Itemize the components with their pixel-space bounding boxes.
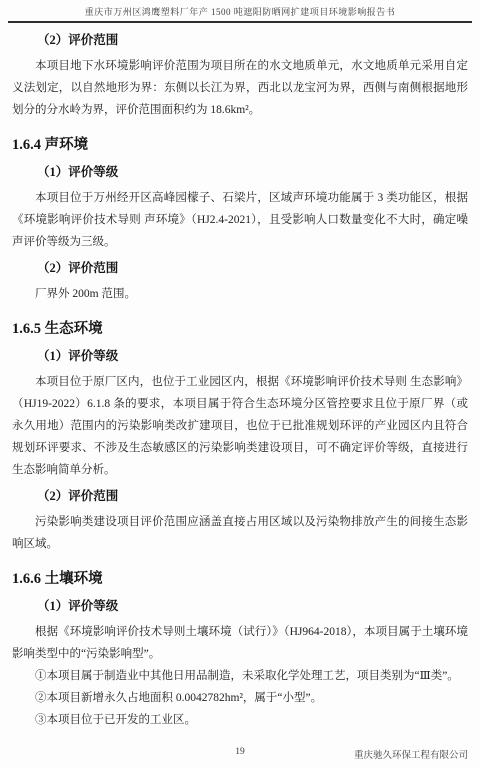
numbered-item-3: ③本项目位于已开发的工业区。 (12, 709, 468, 731)
numbered-item-1: ①本项目属于制造业中其他日用品制造，未采取化学处理工艺，项目类别为“Ⅲ类”。 (12, 665, 468, 687)
paragraph-noise-level: 本项目位于万州经开区高峰园檬子、石梁片，区域声环境功能属于 3 类功能区，根据《… (12, 187, 468, 253)
header-title: 重庆市万州区鸿鹰塑料厂年产 1500 吨遮阳防晒网扩建项目环境影响报告书 (8, 5, 472, 18)
paragraph-soil-level: 根据《环境影响评价技术导则土壤环境（试行）》（HJ964-2018），本项目属于… (12, 621, 468, 665)
numbered-item-2: ②本项目新增永久占地面积 0.0042782hm²，属于“小型”。 (12, 687, 468, 709)
paragraph-ecology-scope: 污染影响类建设项目评价范围应涵盖直接占用区域以及污染物排放产生的间接生态影响区域… (12, 511, 468, 555)
heading-1-6-6-soil: 1.6.6 土壤环境 (12, 567, 468, 591)
heading-1-6-5-ecology: 1.6.5 生态环境 (12, 317, 468, 341)
subsection-heading-soil-level: （1）评价等级 (12, 595, 468, 617)
paragraph-noise-scope: 厂界外 200m 范围。 (12, 283, 468, 305)
document-body: （2）评价范围 本项目地下水环境影响评价范围为项目所在的水文地质单元，水文地质单… (0, 23, 480, 731)
heading-1-6-4-noise: 1.6.4 声环境 (12, 133, 468, 157)
subsection-heading-noise-level: （1）评价等级 (12, 161, 468, 183)
paragraph-groundwater-scope: 本项目地下水环境影响评价范围为项目所在的水文地质单元，水文地质单元采用自定义法划… (12, 55, 468, 121)
page-header: 重庆市万州区鸿鹰塑料厂年产 1500 吨遮阳防晒网扩建项目环境影响报告书 (8, 0, 472, 23)
paragraph-ecology-level: 本项目位于原厂区内，也位于工业园区内，根据《环境影响评价技术导则 生态影响》（H… (12, 371, 468, 481)
subsection-heading-ecology-scope: （2）评价范围 (12, 485, 468, 507)
page-footer: 19 重庆驰久环保工程有限公司 (12, 747, 468, 761)
document-page: 重庆市万州区鸿鹰塑料厂年产 1500 吨遮阳防晒网扩建项目环境影响报告书 （2）… (0, 0, 480, 767)
footer-company-name: 重庆驰久环保工程有限公司 (354, 747, 468, 761)
subsection-heading-scope-groundwater: （2）评价范围 (12, 29, 468, 51)
subsection-heading-noise-scope: （2）评价范围 (12, 257, 468, 279)
subsection-heading-ecology-level: （1）评价等级 (12, 345, 468, 367)
